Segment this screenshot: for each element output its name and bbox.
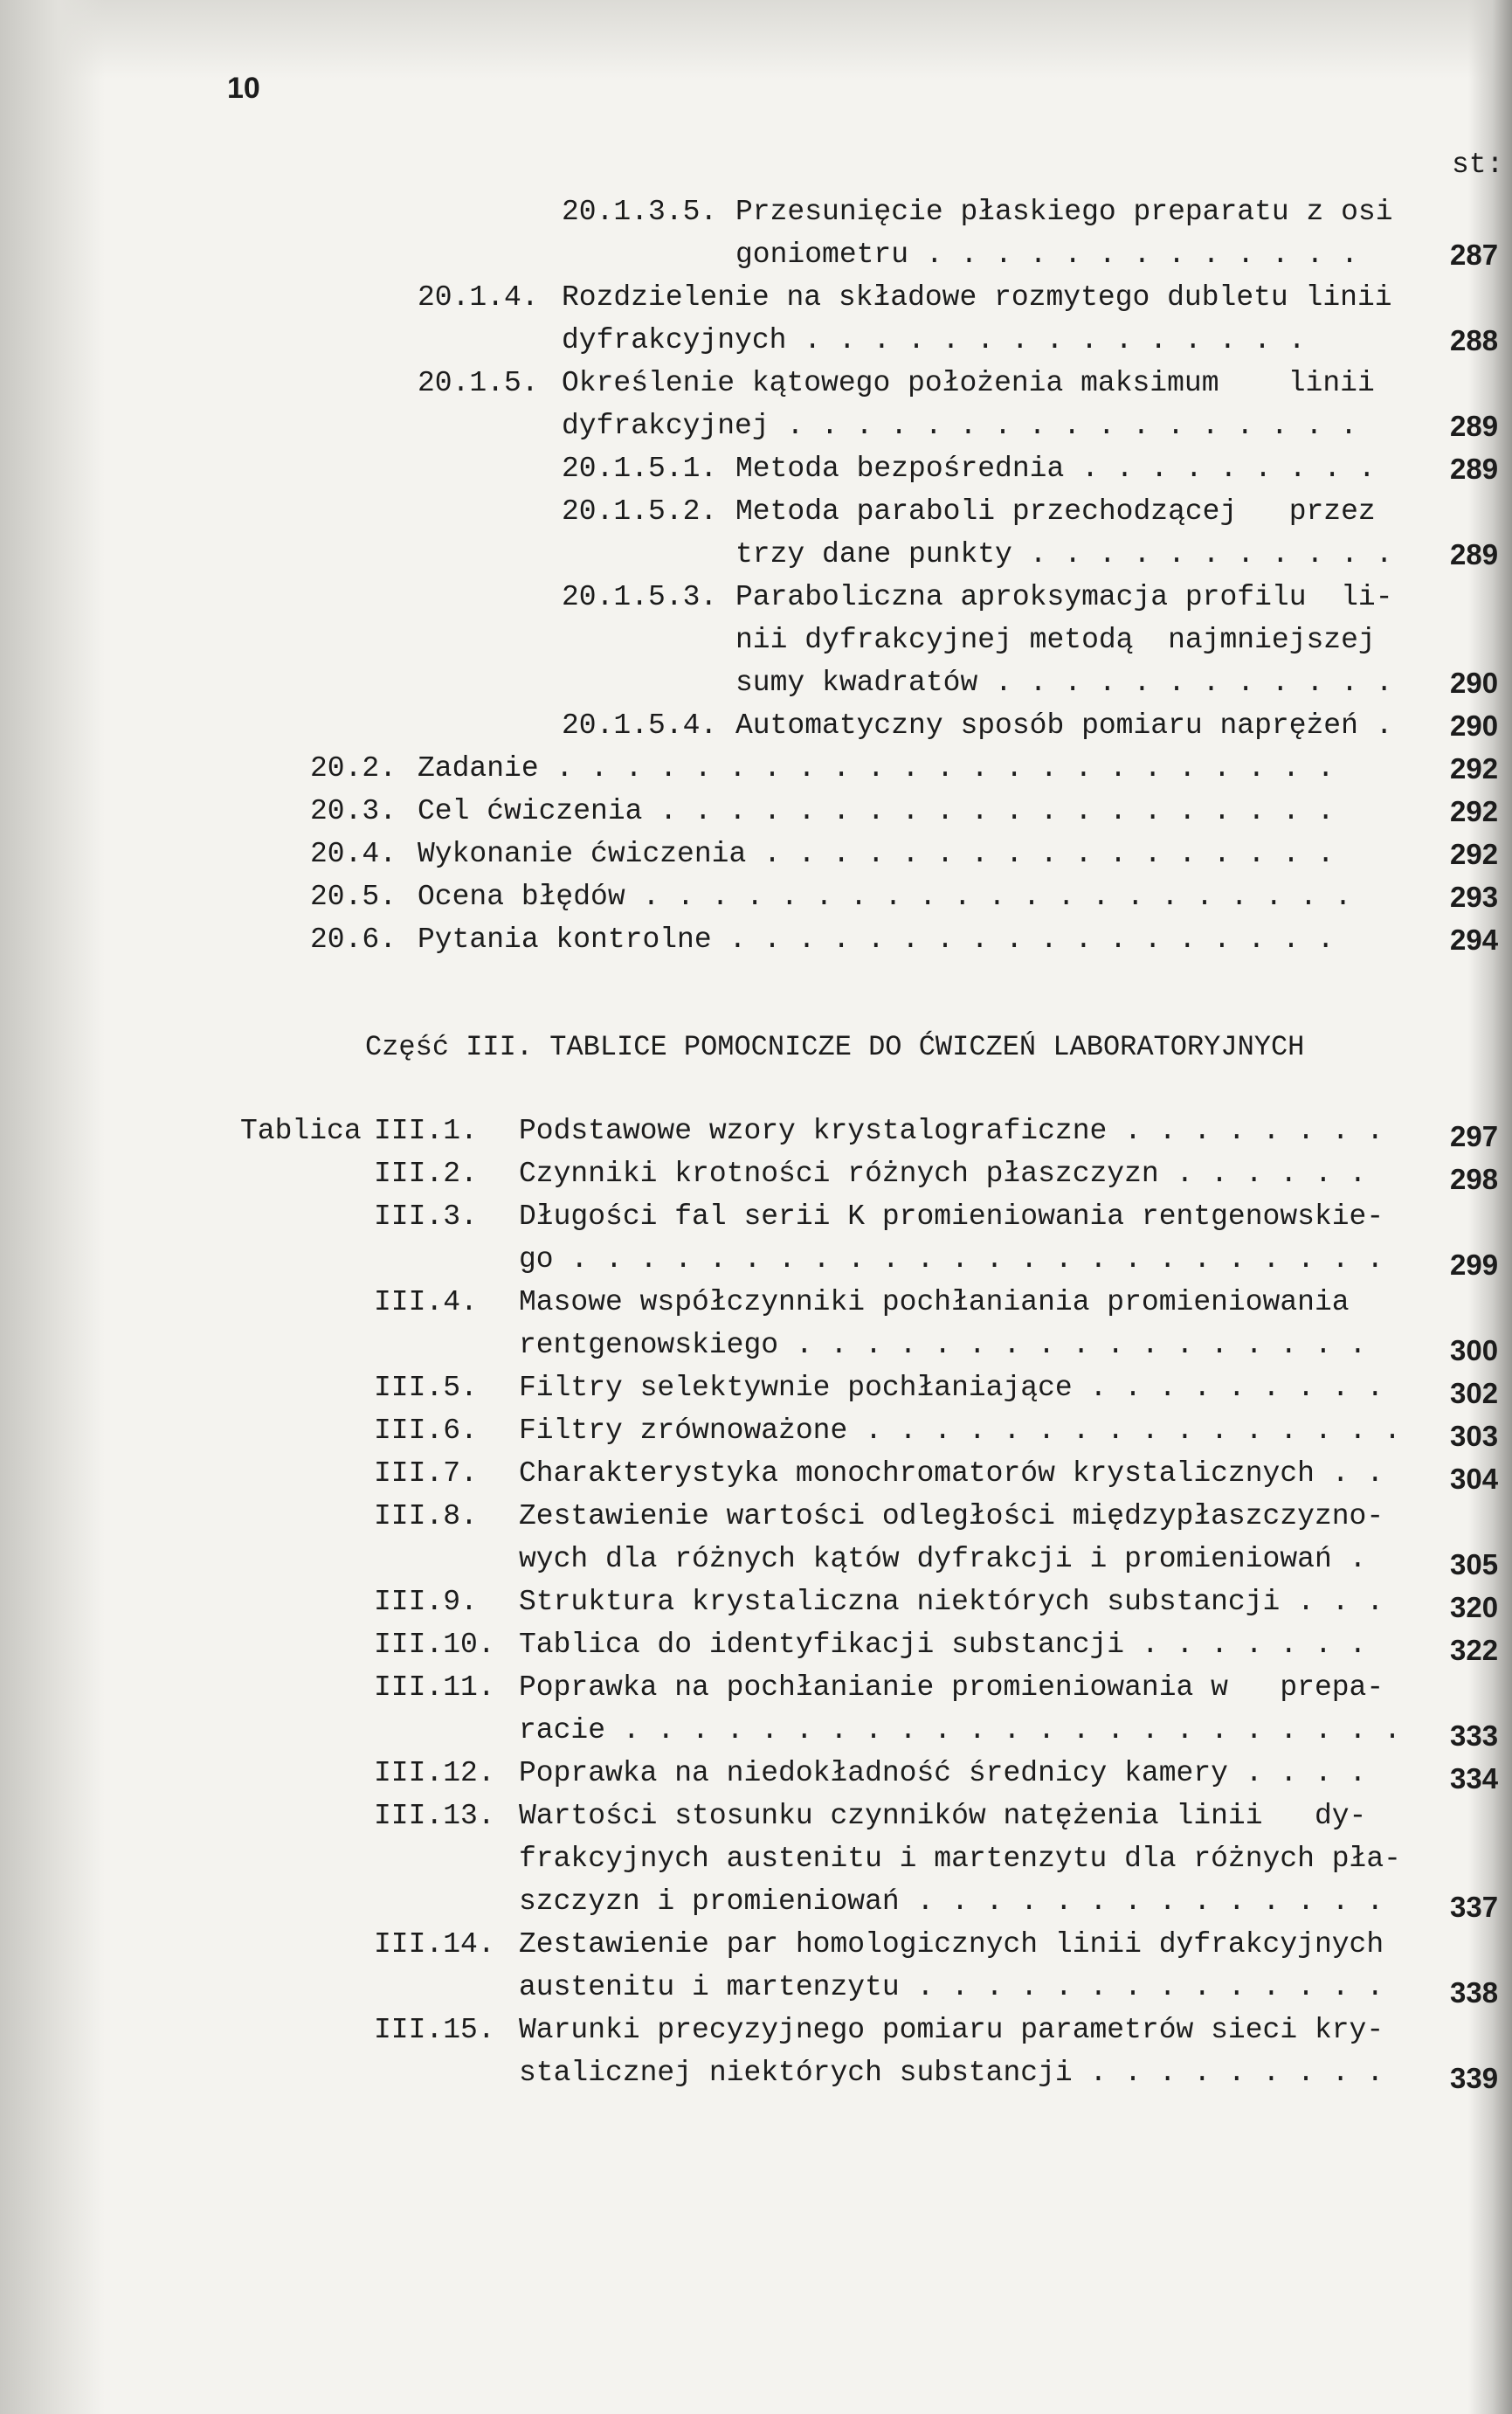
toc-entry-number: 20.1.4.: [418, 280, 539, 316]
table-entry-title: Czynniki krotności różnych płaszczyzn . …: [519, 1156, 1366, 1193]
toc-entry-number: 20.1.5.4.: [562, 708, 717, 744]
toc-entry-title: Rozdzielenie na składowe rozmytego duble…: [562, 280, 1392, 316]
table-entry-title: rentgenowskiego . . . . . . . . . . . . …: [519, 1327, 1366, 1364]
table-entry-number: III.14.: [374, 1926, 495, 1963]
toc-entry-number: 20.4.: [310, 836, 397, 873]
toc-entry-title: Paraboliczna aproksymacja profilu li-: [735, 579, 1393, 616]
tablica-prefix: Tablica: [240, 1113, 362, 1150]
toc-entry-page: 288: [1450, 322, 1498, 359]
table-entry-page: 333: [1450, 1718, 1498, 1754]
table-entry-title: Poprawka na pochłanianie promieniowania …: [519, 1670, 1384, 1706]
toc-entry-title-leader: Cel ćwiczenia . . . . . . . . . . . . . …: [418, 793, 1335, 830]
toc-entry-title: Metoda paraboli przechodzącej przez: [735, 494, 1376, 530]
table-entry-title: austenitu i martenzytu . . . . . . . . .…: [519, 1969, 1384, 2006]
toc-entry-title-leader: goniometru . . . . . . . . . . . . .: [735, 237, 1358, 273]
toc-entry-number: 20.6.: [310, 922, 397, 958]
table-entry-number: III.10.: [374, 1627, 495, 1664]
table-entry-number: III.4.: [374, 1284, 478, 1321]
table-entry-title: Filtry zrównoważone . . . . . . . . . . …: [519, 1413, 1401, 1449]
table-entry-title: Wartości stosunku czynników natężenia li…: [519, 1798, 1366, 1835]
table-entry-number: III.9.: [374, 1584, 478, 1621]
scan-shadow-left: [0, 0, 105, 2414]
toc-entry-title-leader: sumy kwadratów . . . . . . . . . . . .: [735, 665, 1393, 702]
table-entry-page: 305: [1450, 1546, 1498, 1583]
toc-entry-title-leader: dyfrakcyjnej . . . . . . . . . . . . . .…: [562, 408, 1357, 445]
toc-entry-number: 20.2.: [310, 750, 397, 787]
toc-entry-page: 287: [1450, 237, 1498, 273]
table-entry-title: Tablica do identyfikacji substancji . . …: [519, 1627, 1366, 1664]
table-entry-number: III.1.: [374, 1113, 478, 1150]
table-entry-number: III.5.: [374, 1370, 478, 1407]
scan-shadow-right: [1468, 0, 1512, 2414]
toc-entry-number: 20.1.5.1.: [562, 451, 717, 488]
toc-entry-title-leader: Zadanie . . . . . . . . . . . . . . . . …: [418, 750, 1335, 787]
toc-entry-title-leader: Automatyczny sposób pomiaru naprężeń .: [735, 708, 1393, 744]
toc-entry-title-leader: Metoda bezpośrednia . . . . . . . . .: [735, 451, 1376, 488]
page-number: 10: [227, 72, 260, 106]
toc-entry-number: 20.1.5.3.: [562, 579, 717, 616]
toc-entry-page: 290: [1450, 708, 1498, 744]
table-entry-page: 298: [1450, 1161, 1498, 1198]
table-entry-number: III.7.: [374, 1456, 478, 1492]
table-entry-title: Zestawienie par homologicznych linii dyf…: [519, 1926, 1384, 1963]
table-entry-title: Zestawienie wartości odległości międzypł…: [519, 1498, 1384, 1535]
toc-entry-page: 289: [1450, 536, 1498, 573]
table-entry-title: Długości fal serii K promieniowania rent…: [519, 1199, 1384, 1235]
table-entry-title: Podstawowe wzory krystalograficzne . . .…: [519, 1113, 1384, 1150]
toc-entry-page: 292: [1450, 750, 1498, 787]
table-entry-number: III.6.: [374, 1413, 478, 1449]
table-entry-page: 302: [1450, 1375, 1498, 1412]
table-entry-title: stalicznej niektórych substancji . . . .…: [519, 2055, 1384, 2092]
toc-entry-number: 20.1.3.5.: [562, 194, 717, 231]
toc-entry-number: 20.1.5.: [418, 365, 539, 402]
toc-entry-page: 294: [1450, 922, 1498, 958]
table-entry-title: Filtry selektywnie pochłaniające . . . .…: [519, 1370, 1384, 1407]
toc-entry-title-leader: dyfrakcyjnych . . . . . . . . . . . . . …: [562, 322, 1306, 359]
toc-entry-title: nii dyfrakcyjnej metodą najmniejszej: [735, 622, 1376, 659]
table-entry-page: 304: [1450, 1461, 1498, 1498]
table-entry-title: Poprawka na niedokładność średnicy kamer…: [519, 1755, 1366, 1792]
table-entry-page: 299: [1450, 1247, 1498, 1283]
table-entry-title: Struktura krystaliczna niektórych substa…: [519, 1584, 1384, 1621]
table-entry-page: 337: [1450, 1889, 1498, 1926]
table-entry-title: racie . . . . . . . . . . . . . . . . . …: [519, 1712, 1401, 1749]
table-entry-page: 339: [1450, 2060, 1498, 2097]
table-entry-title: szczyzn i promieniowań . . . . . . . . .…: [519, 1884, 1384, 1920]
toc-entry-number: 20.5.: [310, 879, 397, 916]
toc-entry-number: 20.1.5.2.: [562, 494, 717, 530]
toc-entry-page: 289: [1450, 408, 1498, 445]
table-entry-title: Warunki precyzyjnego pomiaru parametrów …: [519, 2012, 1384, 2049]
table-entry-page: 322: [1450, 1632, 1498, 1669]
toc-entry-title: Określenie kątowego położenia maksimum l…: [562, 365, 1375, 402]
table-entry-title: Charakterystyka monochromatorów krystali…: [519, 1456, 1384, 1492]
table-entry-number: III.8.: [374, 1498, 478, 1535]
toc-entry-number: 20.3.: [310, 793, 397, 830]
toc-entry-page: 292: [1450, 836, 1498, 873]
table-entry-number: III.13.: [374, 1798, 495, 1835]
table-entry-page: 334: [1450, 1760, 1498, 1797]
table-entry-page: 338: [1450, 1975, 1498, 2011]
part3-title: Część III. TABLICE POMOCNICZE DO ĆWICZEŃ…: [365, 1029, 1304, 1066]
toc-entry-title-leader: Pytania kontrolne . . . . . . . . . . . …: [418, 922, 1335, 958]
toc-entry-title: Przesunięcie płaskiego preparatu z osi: [735, 194, 1393, 231]
toc-entry-page: 292: [1450, 793, 1498, 830]
table-entry-title: Masowe współczynniki pochłaniania promie…: [519, 1284, 1350, 1321]
table-entry-number: III.2.: [374, 1156, 478, 1193]
page-column-header: st:: [1452, 149, 1503, 181]
toc-entry-title-leader: trzy dane punkty . . . . . . . . . . .: [735, 536, 1393, 573]
table-entry-number: III.3.: [374, 1199, 478, 1235]
toc-entry-title-leader: Wykonanie ćwiczenia . . . . . . . . . . …: [418, 836, 1335, 873]
scan-shadow-top: [0, 0, 1512, 79]
table-entry-title: wych dla różnych kątów dyfrakcji i promi…: [519, 1541, 1366, 1578]
table-entry-page: 303: [1450, 1418, 1498, 1455]
table-entry-number: III.12.: [374, 1755, 495, 1792]
table-entry-page: 320: [1450, 1589, 1498, 1626]
table-entry-page: 300: [1450, 1332, 1498, 1369]
table-entry-title: frakcyjnych austenitu i martenzytu dla r…: [519, 1841, 1401, 1878]
toc-entry-page: 289: [1450, 451, 1498, 488]
toc-entry-page: 293: [1450, 879, 1498, 916]
toc-entry-title-leader: Ocena błędów . . . . . . . . . . . . . .…: [418, 879, 1351, 916]
table-entry-number: III.11.: [374, 1670, 495, 1706]
table-entry-title: go . . . . . . . . . . . . . . . . . . .…: [519, 1242, 1384, 1278]
table-entry-number: III.15.: [374, 2012, 495, 2049]
table-entry-page: 297: [1450, 1118, 1498, 1155]
toc-entry-page: 290: [1450, 665, 1498, 702]
